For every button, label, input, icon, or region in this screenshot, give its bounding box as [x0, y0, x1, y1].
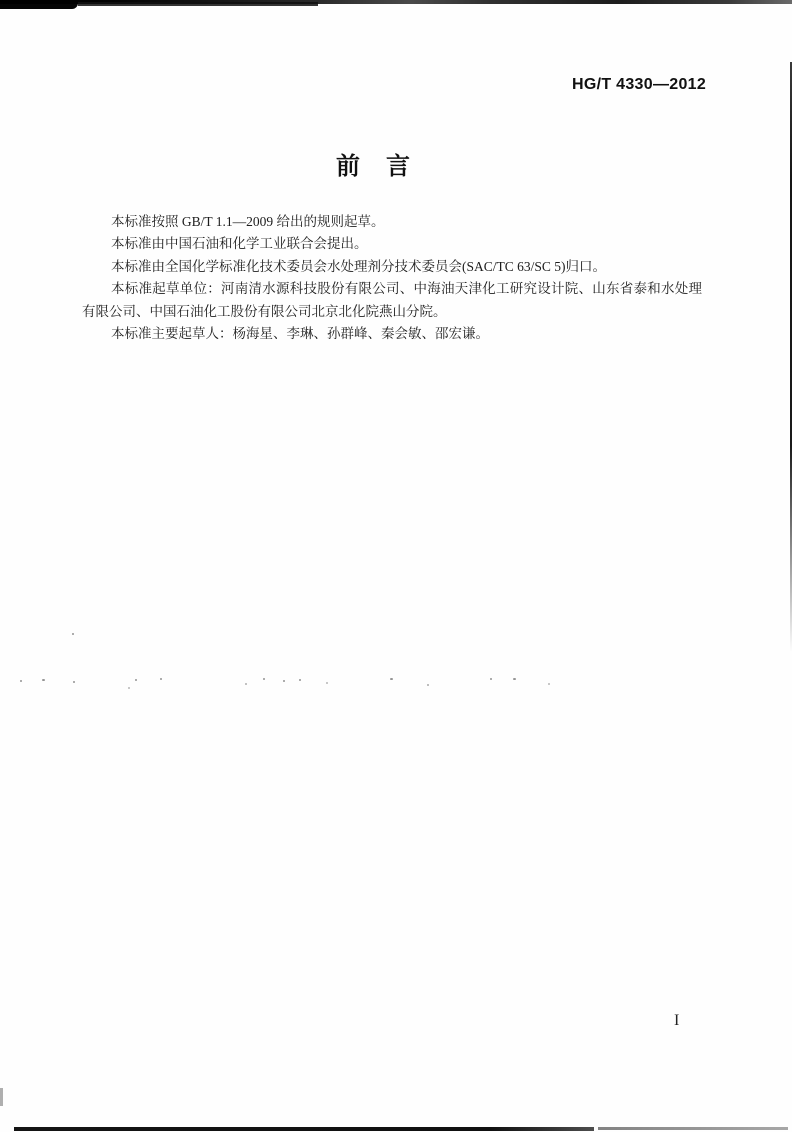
standard-number: HG/T 4330—2012	[572, 76, 706, 94]
paragraph-committee: 本标准由全国化学标准化技术委员会水处理剂分技术委员会(SAC/TC 63/SC …	[82, 256, 702, 278]
scan-artifact-bottom-edge	[14, 1127, 594, 1131]
paragraph-main-drafters: 本标准主要起草人：杨海星、李琳、孙群峰、秦会敏、邵宏谦。	[82, 323, 702, 345]
foreword-body: 本标准按照 GB/T 1.1—2009 给出的规则起草。 本标准由中国石油和化学…	[82, 211, 702, 345]
paragraph-proposed-by: 本标准由中国石油和化学工业联合会提出。	[82, 233, 702, 255]
scanned-document-page: HG/T 4330—2012 前言 本标准按照 GB/T 1.1—2009 给出…	[0, 0, 792, 1132]
page-number: I	[674, 1012, 679, 1030]
scan-artifact-bottom-edge-2	[598, 1127, 788, 1130]
paragraph-drafting-rules: 本标准按照 GB/T 1.1—2009 给出的规则起草。	[82, 211, 702, 233]
scan-artifact-top-segment	[78, 2, 318, 6]
paragraph-drafting-organizations: 本标准起草单位：河南清水源科技股份有限公司、中海油天津化工研究设计院、山东省泰和…	[82, 278, 702, 323]
page-title: 前言	[336, 146, 436, 181]
scan-artifact-left-mark	[0, 1088, 3, 1106]
